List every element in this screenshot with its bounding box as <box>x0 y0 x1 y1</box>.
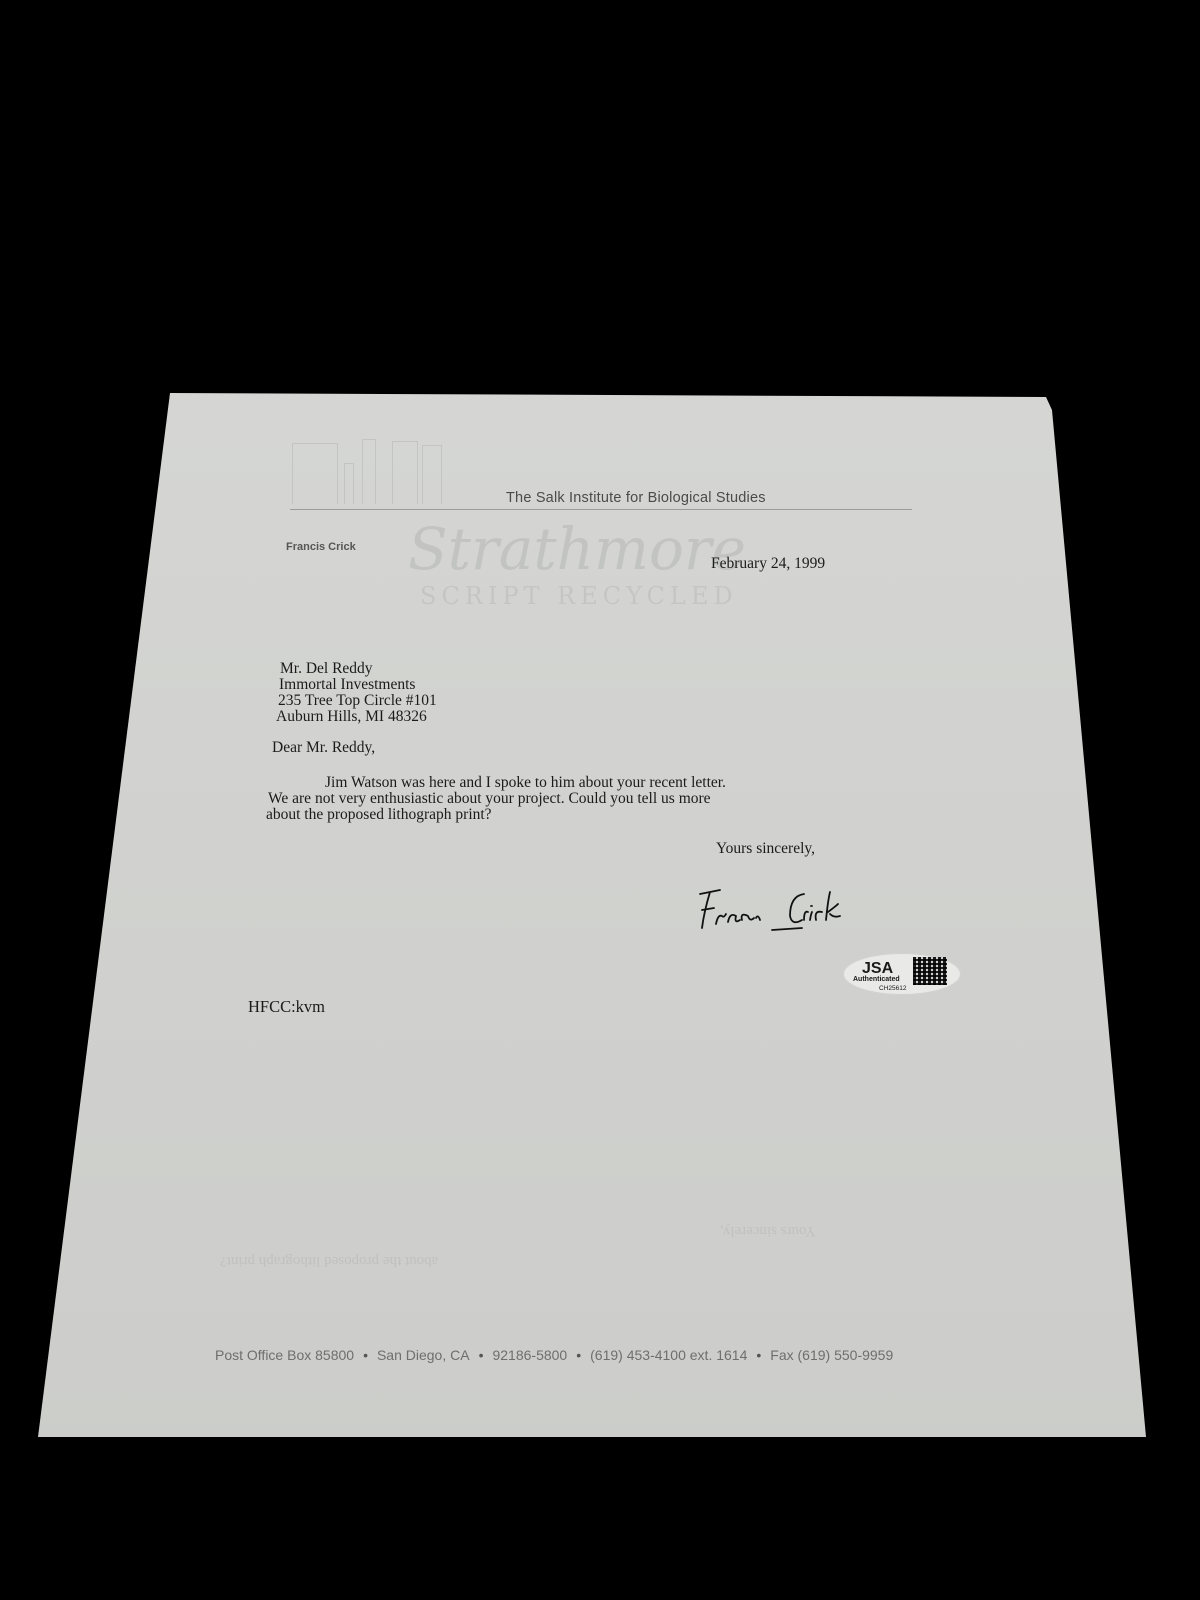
letter-page: The Salk Institute for Biological Studie… <box>0 0 1200 1600</box>
salutation: Dear Mr. Reddy, <box>272 739 375 757</box>
letterhead-footer: Post Office Box 85800•San Diego, CA•9218… <box>215 1347 893 1363</box>
jsa-authenticated-label: Authenticated <box>853 976 900 983</box>
footer-zip: 92186-5800 <box>492 1347 567 1363</box>
bleed-through-text: about the proposed lithograph print? <box>220 1252 438 1269</box>
separator-dot: • <box>479 1347 484 1363</box>
body-line: about the proposed lithograph print? <box>266 806 492 824</box>
footer-po-box: Post Office Box 85800 <box>215 1347 354 1363</box>
jsa-certificate-code: CH25612 <box>879 985 906 992</box>
separator-dot: • <box>756 1347 761 1363</box>
footer-fax: Fax (619) 550-9959 <box>770 1347 893 1363</box>
sender-name: Francis Crick <box>286 541 356 553</box>
salk-logo-icon <box>292 440 442 504</box>
institution-name: The Salk Institute for Biological Studie… <box>506 490 766 506</box>
qr-code-icon <box>913 957 947 985</box>
letter-date: February 24, 1999 <box>711 555 825 573</box>
separator-dot: • <box>576 1347 581 1363</box>
closing: Yours sincerely, <box>716 840 815 858</box>
recipient-line: Auburn Hills, MI 48326 <box>276 709 427 725</box>
reference-initials: HFCC:kvm <box>248 997 325 1017</box>
footer-phone: (619) 453-4100 ext. 1614 <box>590 1347 747 1363</box>
recipient-line: Immortal Investments <box>279 677 415 693</box>
jsa-authentication-sticker: JSA Authenticated CH25612 <box>843 953 961 995</box>
bleed-through-closing: Yours sincerely, <box>720 1222 816 1239</box>
recipient-line: 235 Tree Top Circle #101 <box>278 693 437 709</box>
paper-watermark-script: Strathmore <box>408 515 746 583</box>
header-divider <box>290 509 912 510</box>
paper-watermark-caps: SCRIPT RECYCLED <box>420 582 738 610</box>
recipient-line: Mr. Del Reddy <box>280 661 373 677</box>
signature-icon <box>690 880 850 940</box>
separator-dot: • <box>363 1347 368 1363</box>
footer-city: San Diego, CA <box>377 1347 470 1363</box>
